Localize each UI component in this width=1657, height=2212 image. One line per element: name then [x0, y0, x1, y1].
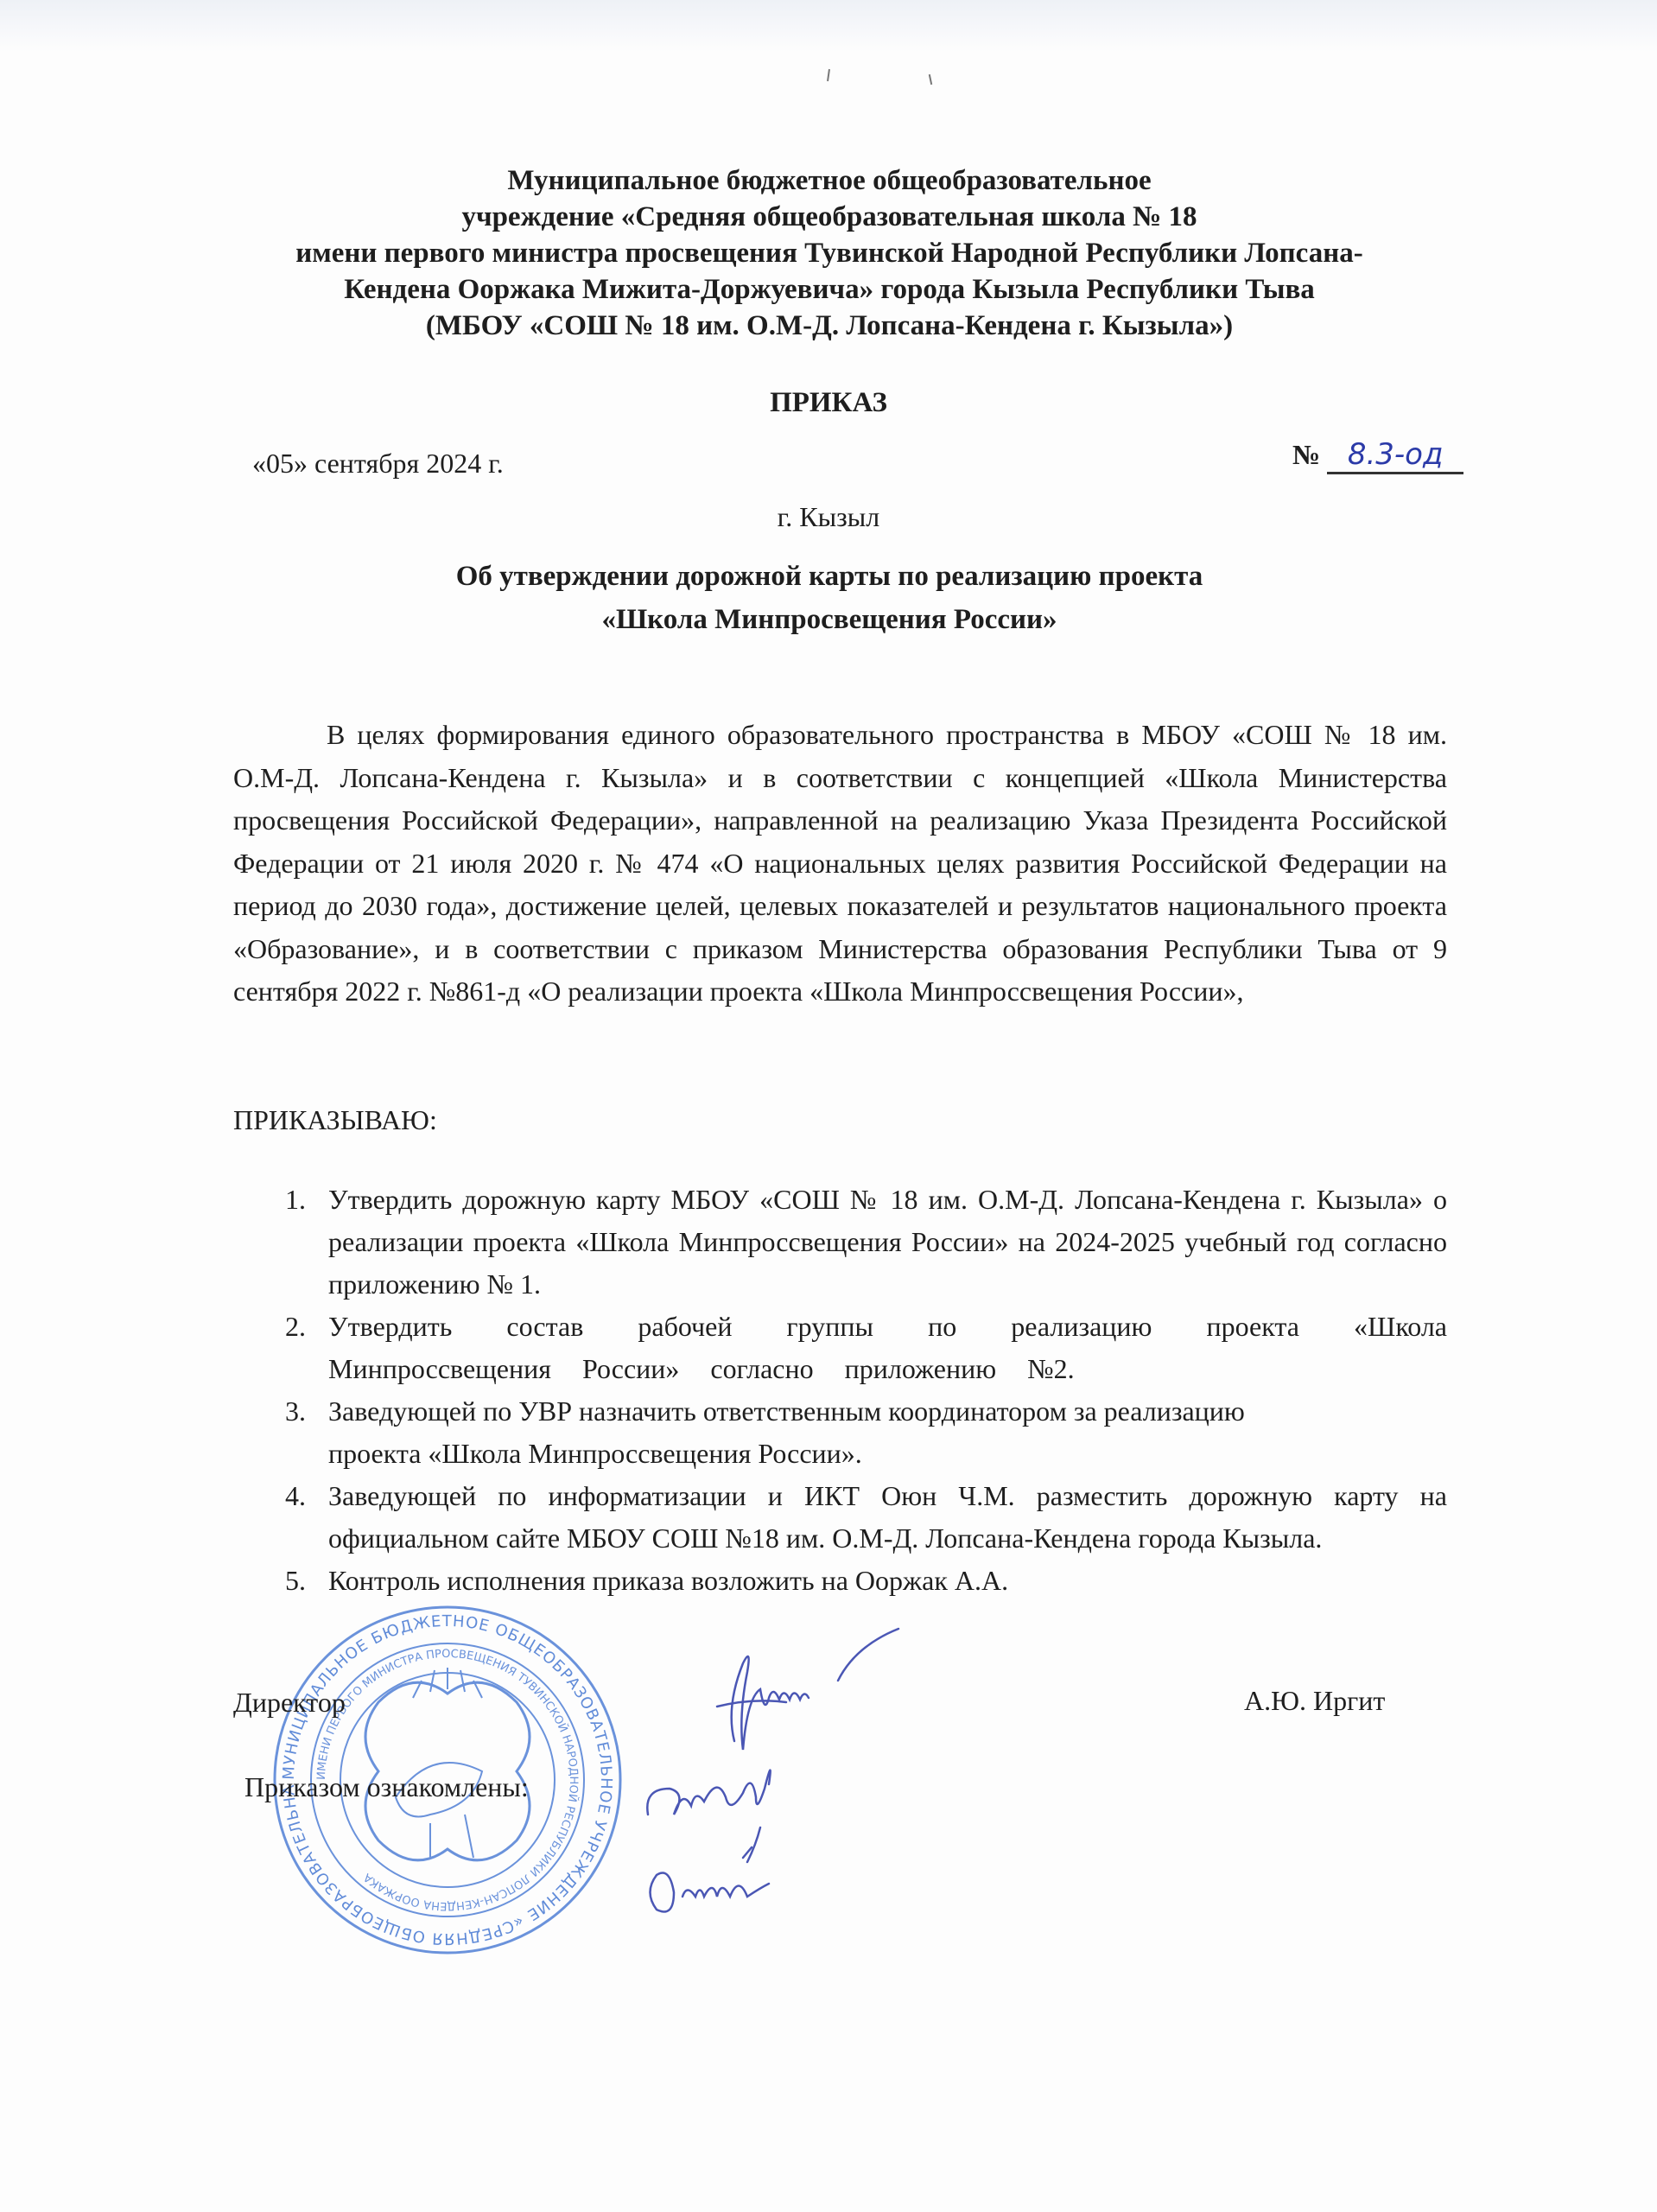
order-items-list: 1. Утвердить дорожную карту МБОУ «СОШ № … — [285, 1179, 1447, 1602]
order-date: «05» сентября 2024 г. — [252, 448, 504, 480]
item-number: 1. — [285, 1179, 306, 1221]
item-text: Утвердить состав рабочей группы по реали… — [328, 1311, 1447, 1384]
header-line: (МБОУ «СОШ № 18 им. О.М-Д. Лопсана-Кенде… — [225, 308, 1434, 344]
list-item: 3. Заведующей по УВР назначить ответстве… — [285, 1390, 1447, 1475]
item-text-continued: проекта «Школа Минпроссвещения России». — [328, 1433, 1447, 1475]
city: г. Кызыл — [0, 501, 1657, 533]
order-word: ПРИКАЗЫВАЮ: — [233, 1104, 437, 1136]
subject-line: Об утверждении дорожной карты по реализа… — [225, 555, 1434, 598]
scan-edge-shadow — [0, 0, 1657, 52]
subject-line: «Школа Минпросвещения России» — [225, 598, 1434, 641]
list-item: 4. Заведующей по информатизации и ИКТ Ою… — [285, 1475, 1447, 1560]
institution-header: Муниципальное бюджетное общеобразователь… — [225, 162, 1434, 344]
item-number: 2. — [285, 1306, 306, 1348]
order-number: № 8.3-од — [1292, 437, 1463, 474]
header-line: Кендена Ооржака Мижита-Доржуевича» город… — [225, 271, 1434, 308]
item-number: 3. — [285, 1390, 306, 1433]
signatory-position: Директор — [233, 1687, 346, 1719]
list-item: 5. Контроль исполнения приказа возложить… — [285, 1560, 1447, 1602]
header-line: учреждение «Средняя общеобразовательная … — [225, 199, 1434, 235]
acknowledged-label: Приказом ознакомлены: — [244, 1771, 529, 1803]
list-item: 2. Утвердить состав рабочей группы по ре… — [285, 1306, 1447, 1390]
item-text: Заведующей по информатизации и ИКТ Оюн Ч… — [328, 1480, 1447, 1554]
item-text: Заведующей по УВР назначить ответственны… — [328, 1390, 1447, 1433]
item-number: 4. — [285, 1475, 306, 1517]
document-type-title: ПРИКАЗ — [0, 387, 1657, 419]
signatory-name: А.Ю. Иргит — [1244, 1685, 1385, 1717]
scan-speck — [929, 74, 932, 85]
item-number: 5. — [285, 1560, 306, 1602]
order-subject: Об утверждении дорожной карты по реализа… — [225, 555, 1434, 641]
handwritten-number: 8.3-од — [1327, 437, 1463, 474]
list-item: 1. Утвердить дорожную карту МБОУ «СОШ № … — [285, 1179, 1447, 1306]
header-line: имени первого министра просвещения Тувин… — [225, 235, 1434, 271]
item-text: Утвердить дорожную карту МБОУ «СОШ № 18 … — [328, 1184, 1447, 1300]
acknowledgement-signatures-icon — [631, 1745, 829, 1944]
scan-speck — [827, 69, 830, 81]
number-label: № — [1292, 439, 1320, 470]
header-line: Муниципальное бюджетное общеобразователь… — [225, 162, 1434, 199]
preamble-paragraph: В целях формирования единого образовател… — [233, 714, 1447, 1014]
item-text: Контроль исполнения приказа возложить на… — [328, 1565, 1008, 1596]
